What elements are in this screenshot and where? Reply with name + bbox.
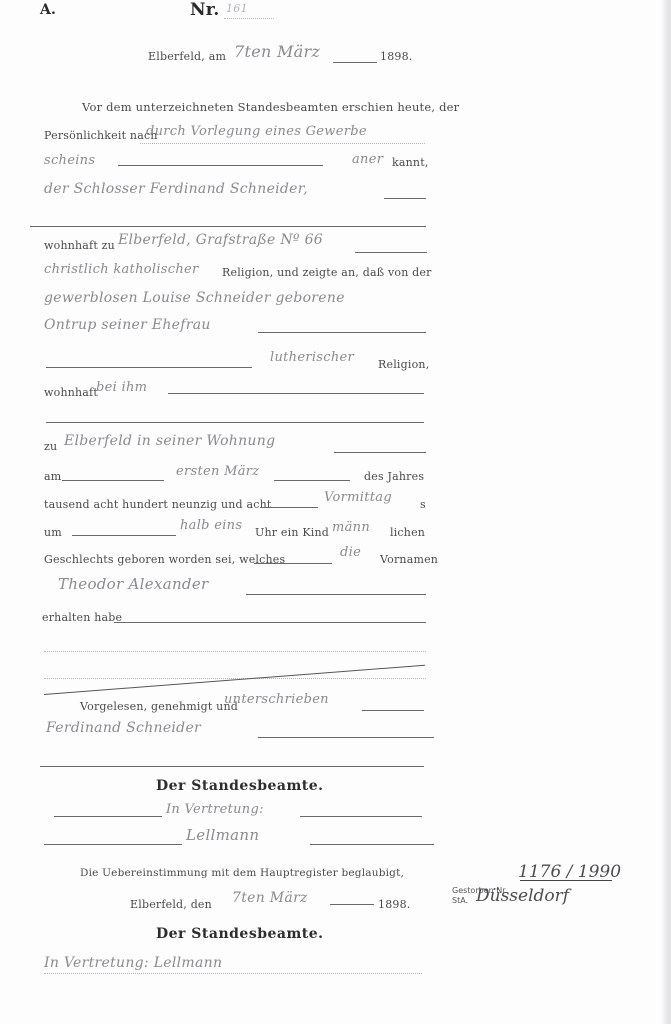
rule	[46, 422, 424, 423]
identification-method-cont: scheins	[44, 153, 95, 168]
registration-date: 7ten März	[234, 42, 320, 61]
rule	[362, 710, 424, 711]
rule	[334, 452, 426, 453]
official-signature: Lellmann	[186, 826, 259, 844]
document-page: A. Nr. 161 Elberfeld, am 7ten März 1898.…	[0, 0, 671, 1024]
official-heading: Der Standesbeamte.	[156, 778, 324, 794]
number-underline	[224, 18, 274, 19]
birth-time: halb eins	[180, 518, 242, 533]
rule	[520, 880, 612, 881]
place-label: Elberfeld, am	[148, 50, 226, 63]
rule	[54, 816, 162, 817]
strike-line	[44, 665, 425, 695]
mother-residence: bei ihm	[96, 380, 147, 395]
identification-method: durch Vorlegung eines Gewerbe	[146, 124, 367, 139]
rule	[254, 563, 332, 564]
vornamen-label: Vornamen	[380, 553, 438, 566]
birth-date: ersten März	[176, 464, 259, 479]
bekannt-label: kannt,	[392, 156, 429, 169]
rule	[258, 332, 426, 333]
official-vertretung: In Vertretung:	[166, 802, 264, 817]
vornamen-prefix: die	[340, 545, 361, 560]
official-heading-2: Der Standesbeamte.	[156, 926, 324, 942]
um-label: um	[44, 526, 62, 539]
mother-wohnhaft-label: wohnhaft	[44, 386, 98, 399]
rule	[168, 393, 424, 394]
vorgelesen-label: Vorgelesen, genehmigt und	[80, 700, 238, 713]
mother-religion-label: Religion,	[378, 358, 429, 371]
sex-suffix: lichen	[390, 526, 425, 539]
rule	[355, 252, 427, 253]
registration-year: 1898.	[380, 50, 413, 63]
mother-maiden-name: Ontrup seiner Ehefrau	[44, 317, 211, 333]
informant-religion: christlich katholischer	[44, 262, 199, 277]
certification-year: 1898.	[378, 898, 411, 911]
rule	[62, 480, 164, 481]
mother-religion: lutherischer	[270, 350, 354, 365]
birthplace: Elberfeld in seiner Wohnung	[64, 433, 275, 449]
child-sex: männ	[332, 520, 370, 535]
erhalten-label: erhalten habe	[42, 611, 122, 624]
death-place: Düsseldorf	[476, 886, 569, 906]
official-signature-2: In Vertretung: Lellmann	[44, 955, 222, 971]
rule	[118, 165, 323, 166]
number-label: Nr.	[190, 0, 219, 20]
dotline	[140, 143, 425, 144]
rule	[300, 816, 422, 817]
year-words: tausend acht hundert neunzig und acht	[44, 498, 272, 511]
geschlecht-line: Geschlechts geboren worden sei, welches	[44, 553, 285, 566]
rule	[46, 367, 252, 368]
mother-name: gewerblosen Louise Schneider geborene	[44, 290, 345, 306]
paper-edge-shadow	[661, 0, 671, 1024]
record-number: 161	[226, 2, 248, 15]
rule	[258, 737, 434, 738]
bekannt-prefix: aner	[352, 152, 383, 167]
informant-name: der Schlosser Ferdinand Schneider,	[44, 181, 308, 197]
rule	[310, 844, 434, 845]
informant-address: Elberfeld, Grafstraße Nº 66	[118, 232, 323, 248]
birthplace-label: zu	[44, 440, 57, 453]
certification-text: Die Uebereinstimmung mit dem Hauptregist…	[80, 867, 404, 879]
rule	[72, 535, 176, 536]
rule	[114, 622, 426, 623]
rule	[330, 904, 374, 905]
rule	[40, 766, 424, 767]
time-of-day: Vormittag	[324, 490, 392, 505]
intro-text: Vor dem unterzeichneten Standesbeamten e…	[82, 100, 459, 114]
informant-signature: Ferdinand Schneider	[46, 720, 201, 736]
religion-text: Religion, und zeigte an, daß von der	[222, 266, 432, 279]
certification-date: 7ten März	[232, 890, 308, 906]
persoenlichkeit-label: Persönlichkeit nach	[44, 129, 158, 142]
uhr-kind-label: Uhr ein Kind	[255, 526, 329, 539]
am-label: am	[44, 470, 61, 483]
form-letter: A.	[40, 2, 56, 18]
rule	[44, 844, 182, 845]
vorgelesen-status: unterschrieben	[224, 692, 329, 707]
time-of-day-suffix: s	[420, 498, 426, 511]
date-rule	[333, 62, 377, 63]
rule	[384, 198, 426, 199]
death-stamp-office: StA.	[452, 896, 468, 906]
certification-place: Elberfeld, den	[130, 898, 212, 911]
rule	[274, 480, 350, 481]
des-jahres-label: des Jahres	[364, 470, 424, 483]
dotline	[44, 973, 422, 974]
death-record-number: 1176 / 1990	[518, 862, 621, 882]
rule	[260, 507, 318, 508]
rule	[246, 594, 426, 595]
wohnhaft-label: wohnhaft zu	[44, 239, 115, 252]
rule	[30, 226, 426, 227]
dotline	[44, 651, 426, 652]
child-names: Theodor Alexander	[58, 575, 208, 593]
